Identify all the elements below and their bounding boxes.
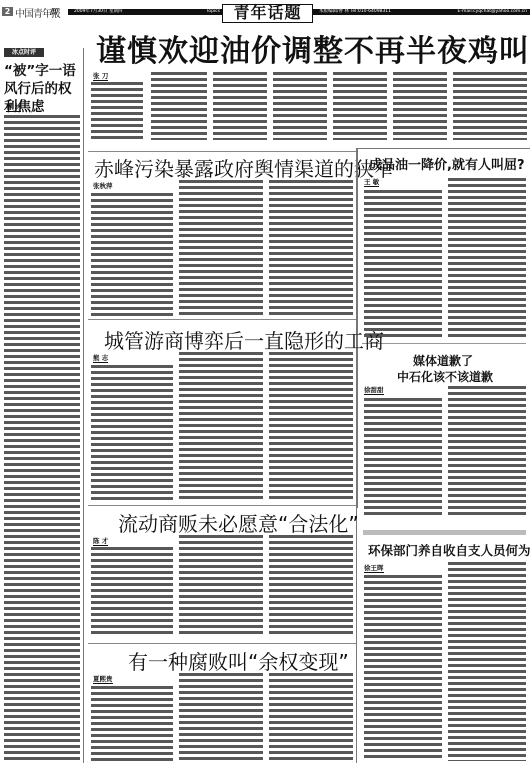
liudong-body-col1 [91, 547, 173, 637]
page-header: 2 中国青年报 //// 2009年7月30日 星期四 Topics 青年话题 … [0, 4, 530, 18]
section-divider-3 [88, 505, 356, 506]
section-divider-1 [88, 151, 356, 152]
main-body-col5 [333, 72, 387, 140]
main-body-col4 [273, 72, 327, 140]
article-byline-chengpinyou: 王 敏 [364, 178, 379, 187]
article-byline-meiti: 徐甜甜 [364, 386, 384, 395]
header-editor-phone: 本版编辑/曹 林 Tel:010-64098311 [319, 9, 391, 15]
right-column-divider [356, 148, 357, 763]
article-byline-chengguan: 熊 志 [93, 354, 108, 363]
chifeng-body-col2 [179, 180, 263, 318]
liudong-body-col3 [269, 535, 353, 637]
section-divider-2 [88, 319, 356, 320]
header-slashes: //// [50, 7, 58, 16]
article-headline-fubai: 有一种腐败叫“余权变现” [128, 646, 349, 675]
page-number: 2 [2, 7, 13, 16]
meiti-body-col1 [364, 398, 442, 516]
main-body-col1 [91, 82, 143, 140]
fubai-body-col3 [269, 673, 353, 761]
column-divider [83, 48, 84, 763]
article-headline-meiti-line1: 媒体道歉了 [413, 352, 473, 369]
chengguan-body-col1 [91, 365, 173, 500]
chengguan-body-col2 [179, 352, 263, 500]
huanbao-body-col1 [364, 575, 442, 761]
article-headline-chifeng: 赤峰污染暴露政府舆情渠道的狭窄 [94, 153, 394, 182]
section-title: 青年话题 [222, 4, 313, 23]
main-body-col6 [393, 72, 447, 140]
meiti-body-col2 [448, 386, 526, 516]
section-divider-4 [88, 643, 356, 644]
chengguan-body-col3 [269, 352, 353, 500]
chengpinyou-body-col1 [364, 190, 442, 340]
column-kicker: 冰点时评 [4, 48, 44, 57]
article-byline-fubai: 夏熙贵 [93, 675, 113, 684]
fubai-body-col1 [91, 686, 173, 761]
article-byline-huanbao: 徐王晖 [364, 564, 384, 573]
header-bar-right: 本版编辑/曹 林 Tel:010-64098311 E-mail:cyqchat… [313, 9, 530, 15]
article-headline-meiti-line2: 中石化该不该道歉 [397, 368, 493, 385]
article-headline-chengpinyou: 成品油一降价,就有人叫屈? [369, 154, 524, 173]
main-body-col3 [213, 72, 267, 140]
article-headline-huanbao: 环保部门养自收自支人员何为 [368, 541, 530, 559]
huanbao-body-col2 [448, 562, 526, 761]
chifeng-body-col3 [269, 180, 353, 318]
right-grey-bar [363, 530, 526, 535]
sidebar-byline: 曹 林 [6, 103, 21, 112]
chengpinyou-body-col2 [448, 178, 526, 340]
main-byline: 张 刀 [93, 72, 108, 81]
header-email: E-mail:cyqchat@yahoo.com.cn [458, 9, 527, 15]
chifeng-body-col1 [91, 193, 173, 318]
sidebar-body-text [4, 115, 80, 760]
article-byline-chifeng: 张秋萍 [93, 182, 113, 190]
header-topics: Topics [206, 9, 220, 15]
header-date: 2009年7月30日 星期四 [74, 9, 122, 15]
main-body-col7 [453, 72, 527, 140]
main-body-col2 [151, 72, 207, 140]
fubai-body-col2 [179, 673, 263, 761]
article-byline-liudong: 陈 才 [93, 537, 108, 546]
article-headline-chengguan: 城管游商博弈后一直隐形的工商 [104, 325, 384, 354]
liudong-body-col2 [179, 535, 263, 637]
header-bar-left: 2009年7月30日 星期四 Topics [68, 9, 223, 15]
article-headline-liudong: 流动商贩未必愿意“合法化” [118, 508, 359, 537]
right-divider-1 [362, 343, 526, 344]
main-headline: 谨慎欢迎油价调整不再半夜鸡叫 [96, 34, 526, 70]
